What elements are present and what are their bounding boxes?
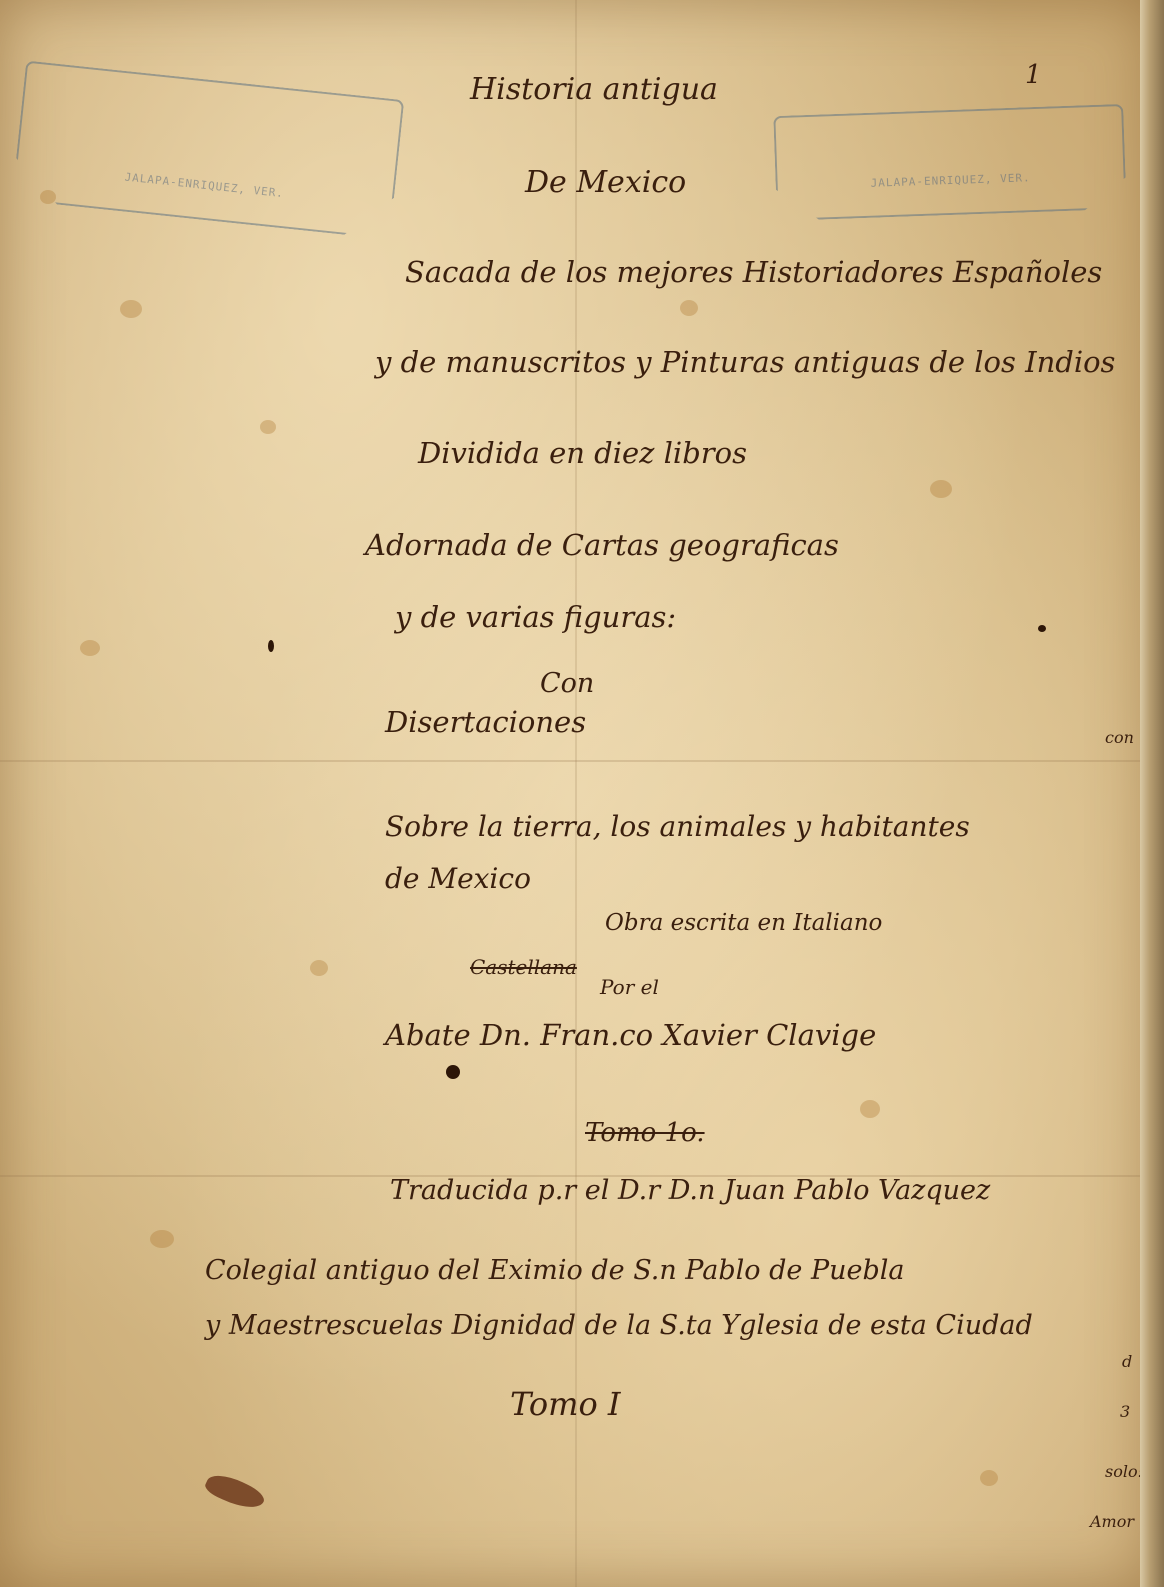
manuscript-page: JALAPA-ENRIQUEZ, VER. JALAPA-ENRIQUEZ, V… (0, 0, 1150, 1587)
foxing-stain (260, 420, 276, 434)
margin-note: solo: (1105, 1462, 1143, 1481)
translator-line: Traducida p.r el D.r D.n Juan Pablo Vazq… (390, 1175, 990, 1206)
library-stamp: JALAPA-ENRIQUEZ, VER. (773, 104, 1126, 221)
maestrescuela-line: y Maestrescuelas Dignidad de la S.ta Ygl… (205, 1310, 1033, 1341)
margin-note: Amor (1090, 1512, 1134, 1531)
con-line: Con (540, 668, 594, 699)
collegiate-line: Colegial antiguo del Eximio de S.n Pablo… (205, 1255, 905, 1286)
foxing-stain (930, 480, 952, 498)
foxing-stain (120, 300, 142, 318)
struck-text: Castellana (470, 955, 577, 979)
foxing-stain (80, 640, 100, 656)
ink-blot (446, 1065, 460, 1079)
title-line: De Mexico (525, 165, 686, 200)
stamp-text: JALAPA-ENRIQUEZ, VER. (870, 171, 1030, 190)
ink-splatter (203, 1468, 268, 1515)
paper-fold (575, 0, 577, 1587)
foxing-stain (680, 300, 698, 316)
subtitle-line: Sacada de los mejores Historiadores Espa… (405, 255, 1102, 289)
dissertations-line: Disertaciones (385, 705, 586, 739)
margin-note: 1 (1025, 60, 1042, 90)
subtitle-line: y de manuscritos y Pinturas antiguas de … (375, 345, 1115, 379)
por-el-line: Por el (600, 975, 659, 999)
struck-tomo: Tomo 1o. (585, 1118, 705, 1148)
margin-note: d (1122, 1352, 1132, 1371)
foxing-stain (310, 960, 328, 976)
margin-note: con (1105, 728, 1134, 747)
work-written-line: Obra escrita en Italiano (605, 910, 882, 936)
foxing-stain (860, 1100, 880, 1118)
about-line: Sobre la tierra, los animales y habitant… (385, 810, 970, 843)
foxing-stain (150, 1230, 174, 1248)
of-mexico-line: de Mexico (385, 862, 531, 895)
division-line: Dividida en diez libros (418, 436, 747, 470)
page-edge (1140, 0, 1164, 1587)
author-line: Abate Dn. Fran.co Xavier Clavige (385, 1018, 876, 1052)
figures-line: y de varias figuras: (395, 600, 676, 634)
adorned-line: Adornada de Cartas geograficas (365, 528, 839, 562)
library-stamp: JALAPA-ENRIQUEZ, VER. (12, 61, 405, 240)
volume-line: Tomo I (510, 1385, 621, 1423)
foxing-stain (980, 1470, 998, 1486)
title-line: Historia antigua (470, 72, 718, 107)
stamp-text: JALAPA-ENRIQUEZ, VER. (124, 170, 285, 200)
ink-blot (268, 640, 274, 652)
ink-blot (1038, 625, 1046, 632)
margin-note: 3 (1120, 1402, 1130, 1421)
